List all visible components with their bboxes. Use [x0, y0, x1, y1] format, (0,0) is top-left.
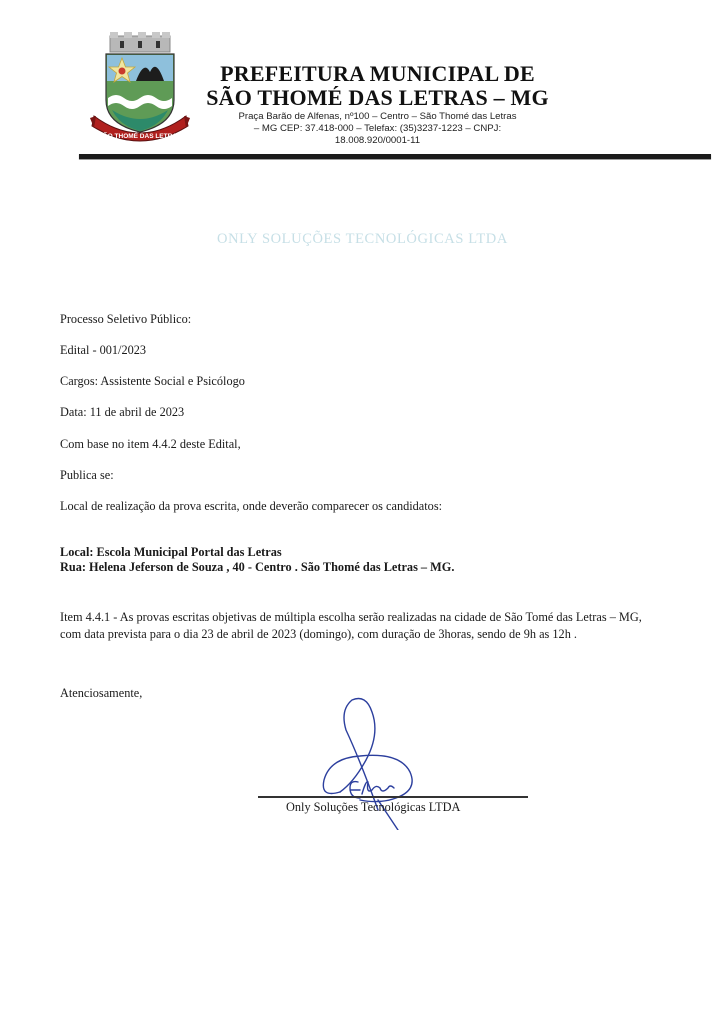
municipality-address: Praça Barão de Alfenas, nº100 – Centro –…	[205, 111, 550, 147]
municipality-title: PREFEITURA MUNICIPAL DE SÃO THOMÉ DAS LE…	[205, 62, 550, 110]
signature-line	[258, 796, 528, 798]
address-line-2: – MG CEP: 37.418-000 – Telefax: (35)3237…	[205, 123, 550, 135]
publica-text: Publica se:	[60, 468, 114, 483]
crown-icon	[110, 32, 170, 52]
cargos-text: Cargos: Assistente Social e Psicólogo	[60, 374, 245, 389]
date-text: Data: 11 de abril de 2023	[60, 405, 184, 420]
item-line-1: Item 4.4.1 - As provas escritas objetiva…	[60, 609, 720, 626]
title-line-2: SÃO THOMÉ DAS LETRAS – MG	[205, 86, 550, 110]
address-line-1: Praça Barão de Alfenas, nº100 – Centro –…	[205, 111, 550, 123]
signatory-name: Only Soluções Tecnológicas LTDA	[286, 800, 460, 815]
local-intro-text: Local de realização da prova escrita, on…	[60, 499, 442, 514]
edital-number: Edital - 001/2023	[60, 343, 146, 358]
company-watermark: ONLY SOLUÇÕES TECNOLÓGICAS LTDA	[0, 231, 725, 248]
title-line-1: PREFEITURA MUNICIPAL DE	[205, 62, 550, 86]
exam-location: Local: Escola Municipal Portal das Letra…	[60, 545, 282, 560]
address-line-3: 18.008.920/0001-11	[205, 135, 550, 147]
exam-address: Rua: Helena Jeferson de Souza , 40 - Cen…	[60, 560, 454, 575]
item-paragraph: Item 4.4.1 - As provas escritas objetiva…	[60, 609, 720, 643]
closing-text: Atenciosamente,	[60, 686, 142, 701]
header-divider	[79, 154, 711, 159]
item-line-2: com data prevista para o dia 23 de abril…	[60, 626, 720, 643]
crest-banner-text: SÃO THOMÉ DAS LETRAS	[99, 131, 182, 140]
base-text: Com base no item 4.4.2 deste Edital,	[60, 437, 241, 452]
municipal-coat-of-arms: SÃO THOMÉ DAS LETRAS	[88, 32, 192, 147]
processo-label: Processo Seletivo Público:	[60, 312, 191, 327]
